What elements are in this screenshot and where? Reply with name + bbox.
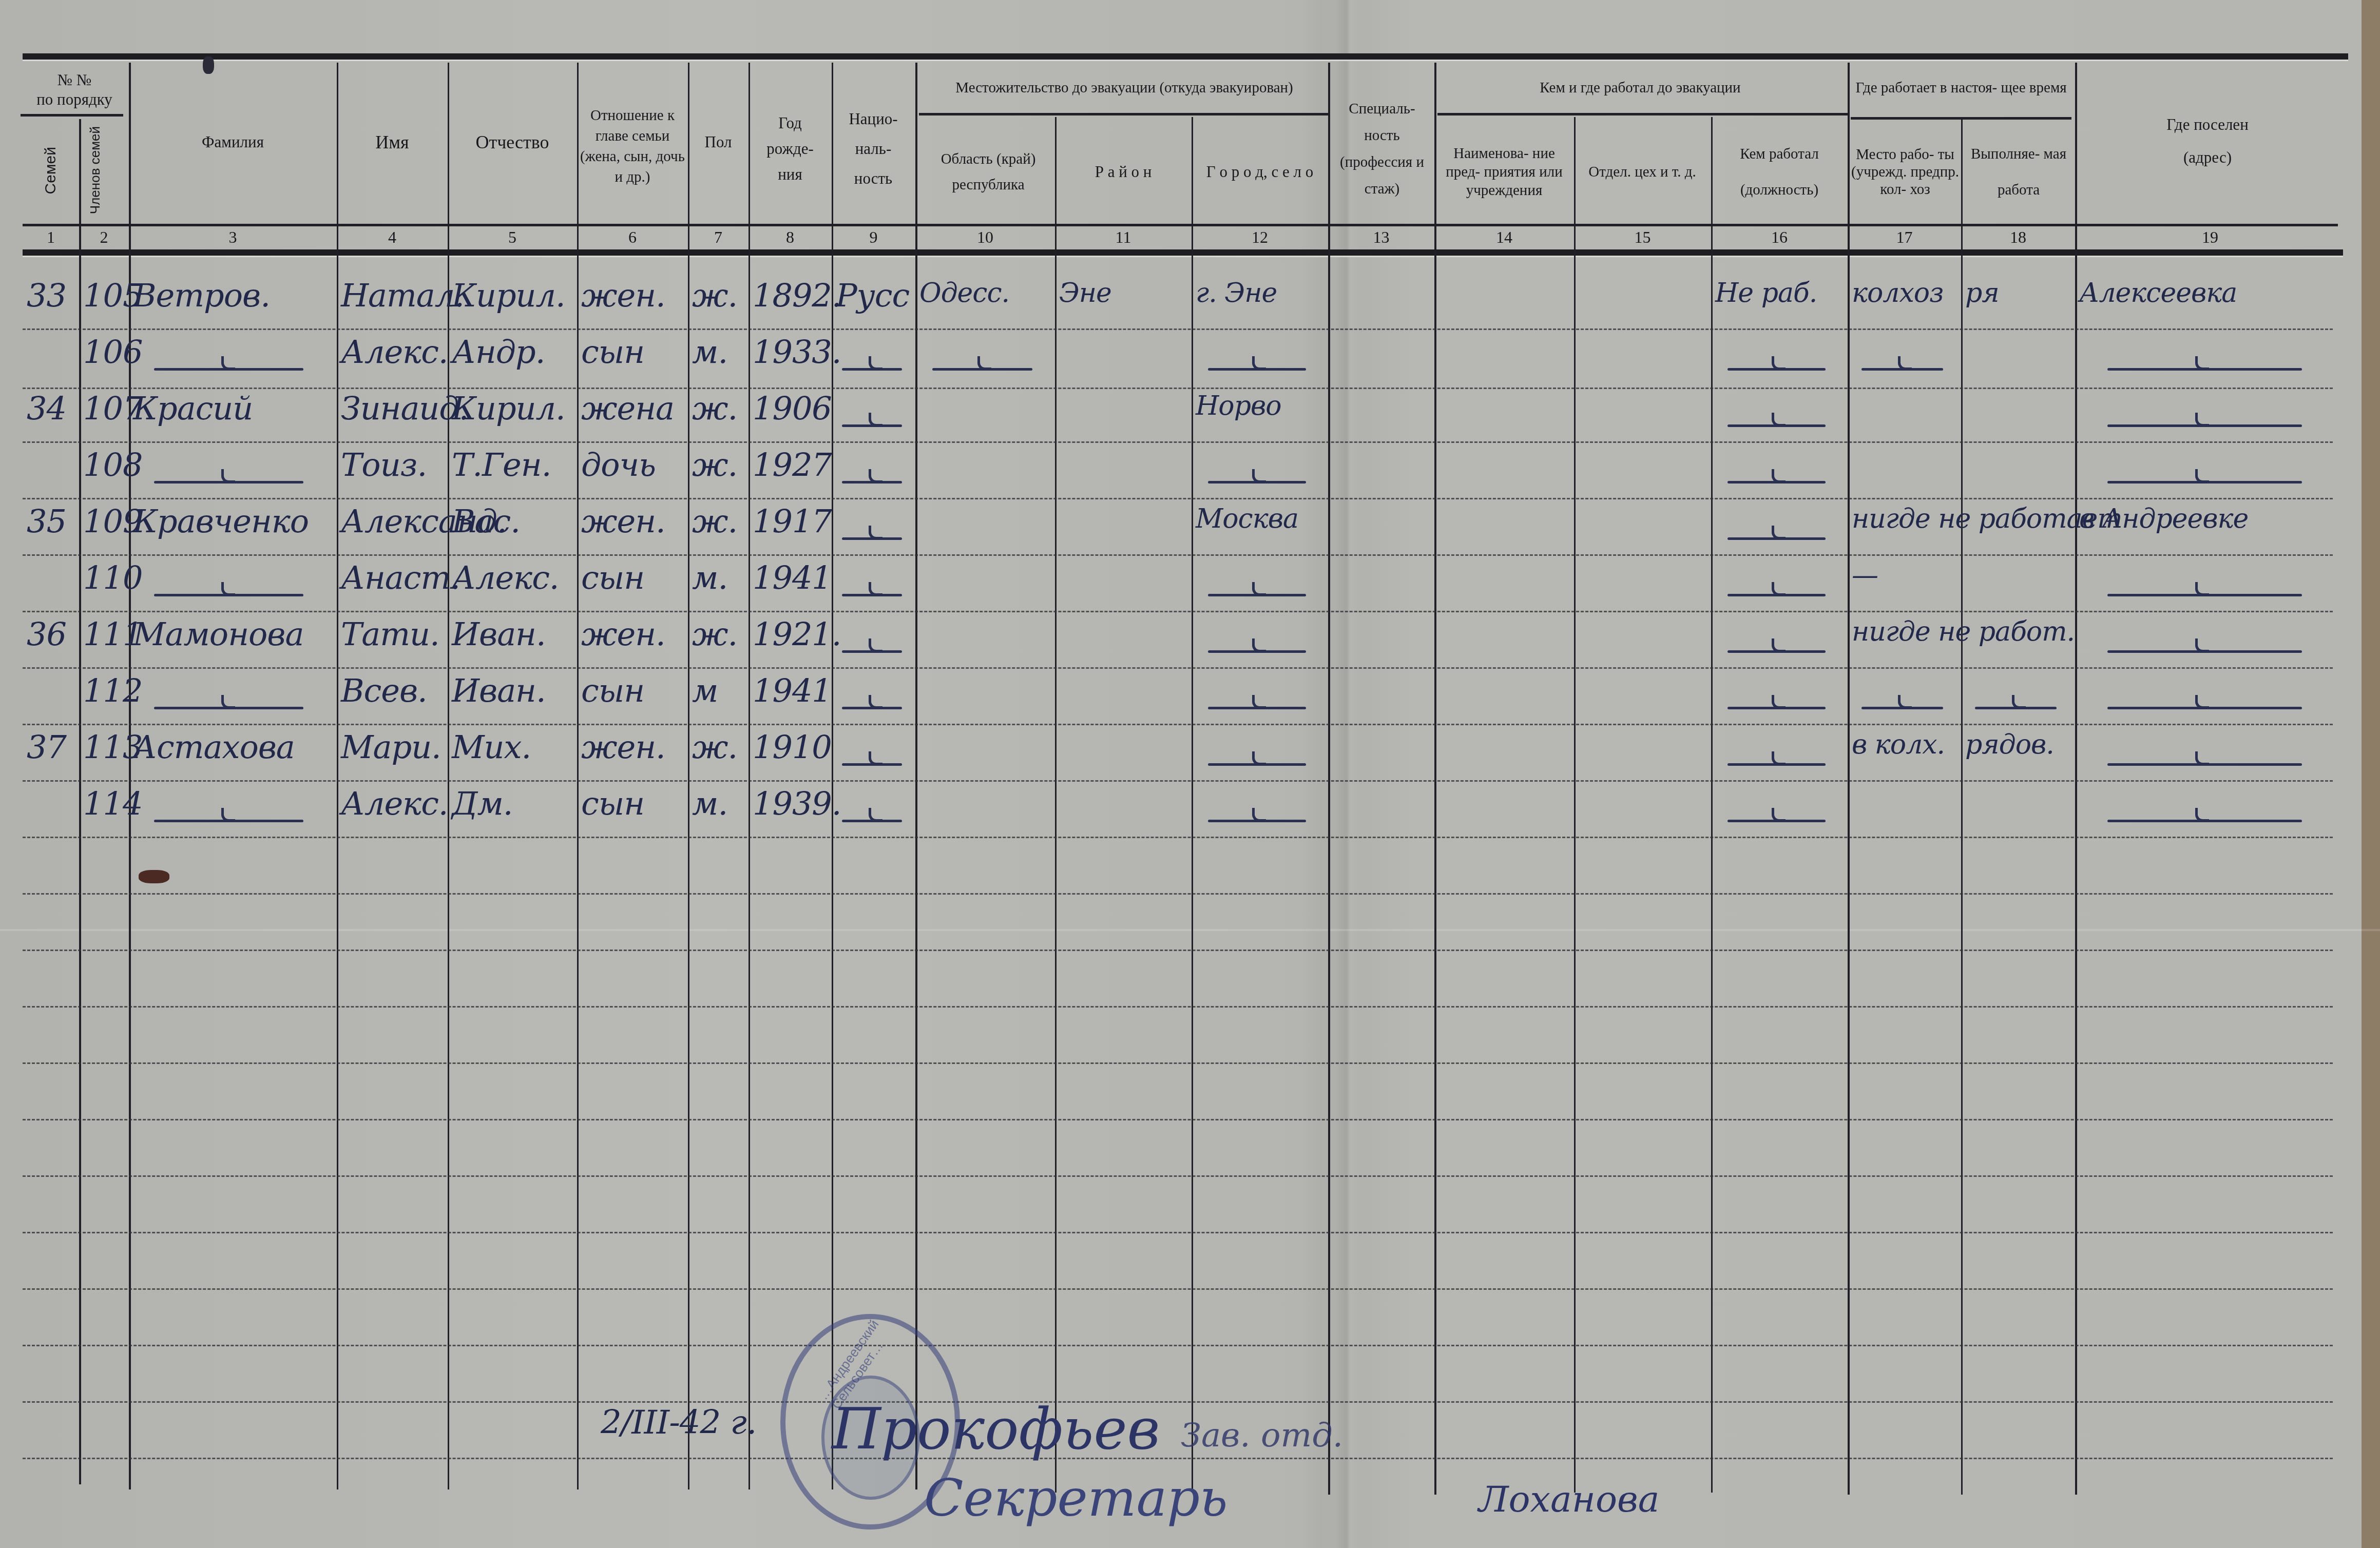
header-settled: Где поселен (адрес) xyxy=(2146,108,2269,175)
cell-year: 1917 xyxy=(753,506,832,537)
column-number-rule xyxy=(23,224,2338,226)
cell-surname xyxy=(154,368,304,371)
cell-position xyxy=(1728,481,1826,483)
cell-surname: Кравченко xyxy=(133,506,309,537)
cell-position xyxy=(1728,707,1826,709)
cell-settled xyxy=(2107,763,2302,766)
cell-city xyxy=(1208,763,1307,766)
cell-city: Норво xyxy=(1196,393,1281,419)
col-divider xyxy=(337,63,338,1489)
numbering-subrule xyxy=(21,114,123,117)
cell-city xyxy=(1208,820,1307,822)
cell-sex: м. xyxy=(692,336,727,368)
cell-patronymic: Дм. xyxy=(452,788,513,820)
col-divider xyxy=(577,63,579,1489)
cell-surname: Мамонова xyxy=(133,618,303,650)
col-num: 8 xyxy=(748,228,832,247)
cell-relation: жена xyxy=(581,393,674,424)
cell-surname: Астахова xyxy=(133,731,295,763)
col-num: 16 xyxy=(1711,228,1848,247)
cell-patronymic: Алекс. xyxy=(452,562,559,594)
header-members-label: Членов семей xyxy=(86,126,122,214)
col-divider xyxy=(2075,63,2077,1495)
cell-member: 108 xyxy=(83,449,142,481)
col-num: 6 xyxy=(577,228,688,247)
ink-blot xyxy=(139,870,169,883)
cell-workplace xyxy=(1861,368,1943,371)
cell-city: Москва xyxy=(1196,506,1298,532)
cell-nationality xyxy=(842,424,902,427)
cell-relation: сын xyxy=(581,675,644,707)
header-families-label: Семей xyxy=(42,147,60,194)
cell-work-done xyxy=(1975,707,2057,709)
header-surname: Фамилия xyxy=(129,63,337,222)
header-district: Р а й о н xyxy=(1055,123,1192,221)
header-numbering: № № по порядку xyxy=(21,67,128,113)
prior-work-subrule xyxy=(1437,113,1848,115)
col-num: 5 xyxy=(448,228,577,247)
cell-patronymic: Андр. xyxy=(452,336,545,368)
cell-member: 110 xyxy=(83,562,142,594)
cell-city xyxy=(1208,368,1307,371)
cell-name: Зинаид. xyxy=(341,393,468,424)
header-relation: Отношение к главе семьи (жена, сын, дочь… xyxy=(577,72,688,221)
cell-settled xyxy=(2107,481,2302,483)
cell-city xyxy=(1208,481,1307,483)
cell-settled xyxy=(2107,650,2302,653)
header-members: Членов семей xyxy=(79,119,129,222)
cell-settled xyxy=(2107,820,2302,822)
cell-city xyxy=(1208,707,1307,709)
col-divider xyxy=(1055,117,1057,1493)
cell-sex: ж. xyxy=(692,393,737,424)
paper-crease xyxy=(0,929,2380,931)
col-divider xyxy=(915,63,917,1489)
cell-nationality xyxy=(842,707,902,709)
cell-year: 1921. xyxy=(753,618,841,650)
cell-year: 1933. xyxy=(753,336,841,368)
col-divider xyxy=(688,63,689,1489)
cell-surname xyxy=(154,707,304,709)
cell-district: Эне xyxy=(1059,280,1111,306)
header-birth-year: Год рожде- ния xyxy=(759,92,821,205)
cell-relation: жен. xyxy=(581,280,665,312)
col-divider xyxy=(1711,117,1713,1493)
signature-3: Лоханова xyxy=(1479,1478,1660,1520)
header-position: Кем работал (должность) xyxy=(1716,128,1842,216)
cell-work-done: ря xyxy=(1965,280,1999,306)
cell-position xyxy=(1728,650,1826,653)
cell-year: 1927 xyxy=(753,449,832,481)
cell-relation: жен. xyxy=(581,731,665,763)
cell-position xyxy=(1728,594,1826,596)
cell-name: Анаст. xyxy=(341,562,460,594)
cell-relation: сын xyxy=(581,788,644,820)
cell-patronymic: Иван. xyxy=(452,618,546,650)
cell-city xyxy=(1208,594,1307,596)
residence-subrule xyxy=(919,113,1330,115)
cell-position xyxy=(1728,368,1826,371)
cell-sex: м. xyxy=(692,562,727,594)
cell-member: 114 xyxy=(83,788,142,820)
cell-sex: ж. xyxy=(692,449,737,481)
cell-workplace: колхоз xyxy=(1852,280,1943,306)
cell-settled xyxy=(2107,594,2302,596)
cell-relation: сын xyxy=(581,562,644,594)
cell-settled xyxy=(2107,424,2302,427)
cell-region: Одесс. xyxy=(919,280,1009,306)
col-divider xyxy=(748,63,750,1489)
cell-settled xyxy=(2107,707,2302,709)
col-divider xyxy=(79,119,81,1484)
page-edge xyxy=(2362,0,2380,1548)
cell-relation: сын xyxy=(581,336,644,368)
col-num: 13 xyxy=(1328,228,1434,247)
cell-surname: Ветров. xyxy=(133,280,270,312)
col-divider xyxy=(1574,117,1576,1493)
cell-settled: в Андреевке xyxy=(2079,506,2248,532)
col-num: 4 xyxy=(337,228,448,247)
header-nationality: Нацио- наль- ность xyxy=(842,92,905,205)
cell-year: 1892. xyxy=(753,280,841,312)
cell-surname xyxy=(154,481,304,483)
cell-sex: м. xyxy=(692,788,727,820)
cell-family: 35 xyxy=(27,506,66,537)
cell-nationality xyxy=(842,820,902,822)
cell-city xyxy=(1208,650,1307,653)
cell-region xyxy=(932,368,1033,371)
cell-nationality xyxy=(842,763,902,766)
header-current-work-group: Где работает в настоя- щее время xyxy=(1853,65,2069,111)
cell-name: Тоиз. xyxy=(341,449,427,481)
cell-sex: ж. xyxy=(692,731,737,763)
header-department: Отдел. цех и т. д. xyxy=(1584,128,1700,216)
header-bottom-rule xyxy=(23,249,2343,257)
cell-family: 34 xyxy=(27,393,66,424)
cell-workplace: в колх. xyxy=(1852,731,1945,758)
cell-relation: дочь xyxy=(581,449,656,481)
cell-nationality xyxy=(842,537,902,540)
header-specialty: Специаль- ность (профессия и стаж) xyxy=(1331,82,1433,216)
col-divider xyxy=(1434,63,1436,1495)
signature-1-title: Зав. отд. xyxy=(1181,1417,1343,1455)
col-num: 17 xyxy=(1848,228,1961,247)
col-num: 7 xyxy=(688,228,748,247)
col-num: 9 xyxy=(832,228,915,247)
cell-family: 33 xyxy=(27,280,66,312)
cell-work-done: рядов. xyxy=(1965,731,2054,758)
cell-name: Мари. xyxy=(341,731,441,763)
header-top-rule xyxy=(23,53,2348,61)
col-num: 14 xyxy=(1434,228,1574,247)
col-divider xyxy=(1328,63,1330,1495)
cell-workplace: нигде не работает xyxy=(1852,506,1996,532)
cell-position xyxy=(1728,424,1826,427)
cell-settled xyxy=(2107,368,2302,371)
cell-workplace: нигде не работ. xyxy=(1852,618,1996,645)
cell-position xyxy=(1728,763,1826,766)
cell-family: 37 xyxy=(27,731,66,763)
header-residence-group: Местожительство до эвакуации (откуда эва… xyxy=(924,65,1325,111)
cell-year: 1941 xyxy=(753,562,832,594)
cell-position xyxy=(1728,537,1826,540)
cell-name: Тати. xyxy=(341,618,439,650)
cell-patronymic: Кирил. xyxy=(452,393,565,424)
header-patronymic: Отчество xyxy=(448,63,577,222)
cell-name: Всев. xyxy=(341,675,427,707)
col-num: 18 xyxy=(1961,228,2075,247)
cell-surname xyxy=(154,820,304,822)
cell-position xyxy=(1728,820,1826,822)
cell-relation: жен. xyxy=(581,618,665,650)
col-divider xyxy=(1192,117,1193,1493)
cell-nationality: Русс xyxy=(836,280,909,312)
cell-workplace xyxy=(1861,707,1943,709)
cell-patronymic: Иван. xyxy=(452,675,546,707)
cell-nationality xyxy=(842,481,902,483)
col-num: 1 xyxy=(23,228,79,247)
col-num: 10 xyxy=(915,228,1055,247)
cell-sex: ж. xyxy=(692,280,737,312)
cell-patronymic: Вас. xyxy=(452,506,520,537)
header-name: Имя xyxy=(337,63,448,222)
cell-member: 106 xyxy=(83,336,142,368)
col-num: 12 xyxy=(1192,228,1328,247)
cell-year: 1906 xyxy=(753,393,832,424)
cell-name: Натал. xyxy=(341,280,464,312)
cell-nationality xyxy=(842,594,902,596)
cell-year: 1939. xyxy=(753,788,841,820)
cell-sex: ж. xyxy=(692,506,737,537)
signature-2: Секретарь xyxy=(924,1468,1228,1528)
cell-sex: ж. xyxy=(692,618,737,650)
col-num: 19 xyxy=(2075,228,2345,247)
cell-settled: Алексеевка xyxy=(2079,280,2237,306)
header-prior-work-group: Кем и где работал до эвакуации xyxy=(1437,65,1843,111)
col-num: 2 xyxy=(79,228,129,247)
cell-member: 112 xyxy=(83,675,142,707)
header-families: Семей xyxy=(23,119,79,222)
cell-nationality xyxy=(842,368,902,371)
col-num: 3 xyxy=(129,228,337,247)
cell-name: Алекс. xyxy=(341,788,448,820)
cell-workplace: — xyxy=(1852,562,1878,589)
cell-surname: Красий xyxy=(133,393,253,424)
col-divider xyxy=(1848,63,1850,1495)
cell-sex: м xyxy=(692,675,718,707)
ink-blot xyxy=(203,56,214,74)
cell-patronymic: Т.Ген. xyxy=(452,449,551,481)
header-work-done: Выполняе- мая работа xyxy=(1964,128,2073,216)
col-num: 11 xyxy=(1055,228,1192,247)
cell-name: Алекс. xyxy=(341,336,448,368)
cell-nationality xyxy=(842,650,902,653)
cell-year: 1941 xyxy=(753,675,832,707)
col-num: 15 xyxy=(1574,228,1711,247)
header-sex: Пол xyxy=(688,63,748,222)
cell-city: г. Эне xyxy=(1196,280,1277,306)
header-workplace: Место рабо- ты (учрежд. предпр. кол- хоз xyxy=(1850,128,1960,216)
cell-relation: жен. xyxy=(581,506,665,537)
cell-family: 36 xyxy=(27,618,66,650)
cell-surname xyxy=(154,594,304,596)
cell-position: Не раб. xyxy=(1715,280,1817,306)
footer-date: 2/III-42 г. xyxy=(601,1406,756,1439)
header-enterprise: Наименова- ние пред- приятия или учрежде… xyxy=(1445,128,1564,216)
header-city: Г о р о д, с е л о xyxy=(1202,123,1318,221)
header-region: Область (край) республика xyxy=(924,123,1052,221)
cell-year: 1910 xyxy=(753,731,832,763)
signature-1: Прокофьев xyxy=(832,1396,1160,1462)
cell-patronymic: Мих. xyxy=(452,731,531,763)
cell-patronymic: Кирил. xyxy=(452,280,565,312)
